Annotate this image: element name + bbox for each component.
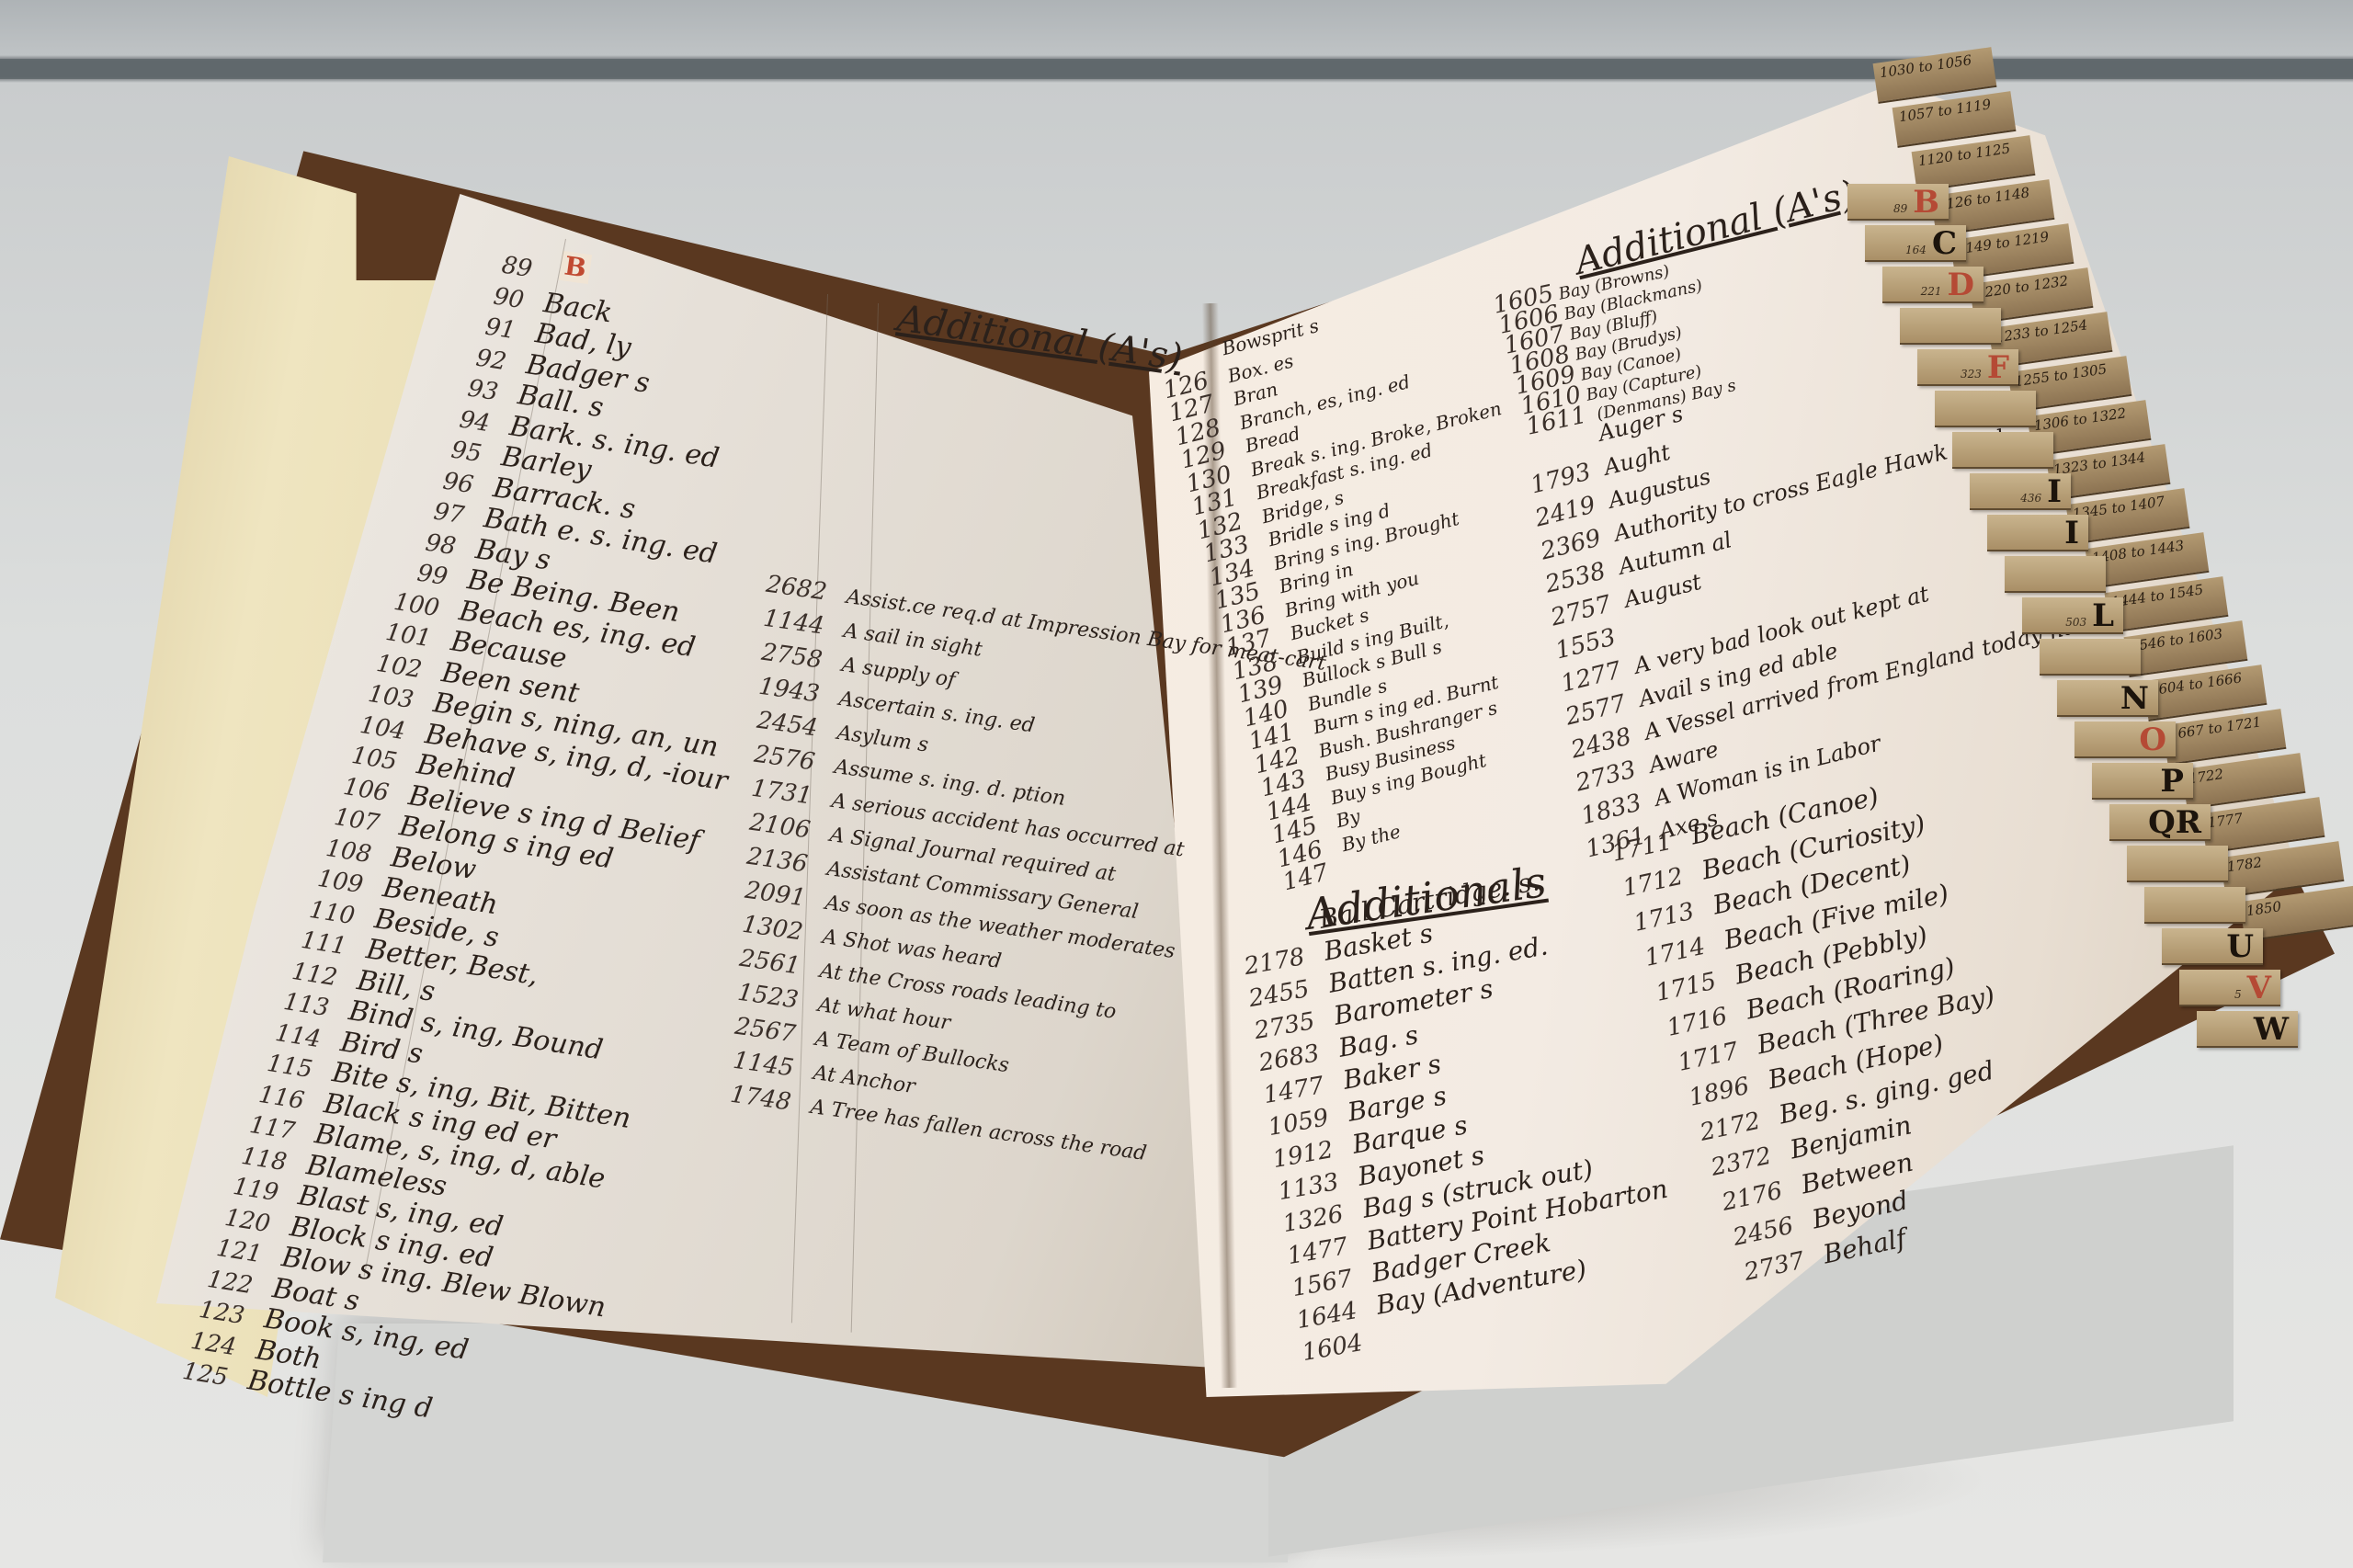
thumb-index-letter-tab[interactable]: 436I: [1970, 473, 2071, 510]
tab-letter: F: [1987, 349, 2009, 386]
thumb-index-letter-tab[interactable]: U: [2162, 928, 2263, 965]
tab-page-number: 323: [1961, 368, 1982, 381]
tab-letter: W: [2254, 1011, 2289, 1048]
thumb-index-letter-tab[interactable]: N: [2057, 680, 2158, 717]
tab-letter: QR: [2148, 804, 2201, 841]
thumb-index-letter-tab[interactable]: I: [1987, 515, 2088, 551]
tab-letter: V: [2247, 970, 2271, 1006]
thumb-index-letter-tab[interactable]: [2040, 639, 2141, 676]
thumb-index-letter-tab[interactable]: [2127, 846, 2228, 882]
thumb-index: 18501782177717221667 to 17211604 to 1666…: [1847, 55, 2325, 1158]
thumb-index-letter-tab[interactable]: W: [2197, 1011, 2298, 1048]
thumb-index-letter-tab[interactable]: O: [2075, 722, 2176, 758]
thumb-index-letter-tab[interactable]: [1952, 432, 2053, 469]
tab-letter: C: [1932, 225, 1957, 262]
section-letter-label: B: [559, 251, 592, 284]
thumb-index-letter-tab[interactable]: [1935, 391, 2036, 427]
tab-page-number: 164: [1905, 244, 1927, 256]
thumb-index-letter-tab[interactable]: 323F: [1917, 349, 2018, 386]
thumb-index-letter-tab[interactable]: 5V: [2179, 970, 2280, 1006]
tab-letter: N: [2120, 680, 2149, 717]
tab-page-number: 503: [2065, 616, 2086, 629]
tab-letter: B: [1913, 184, 1939, 221]
thumb-index-letter-tab[interactable]: [2144, 887, 2245, 924]
tab-page-number: 221: [1921, 285, 1942, 298]
entry-code-number: 125: [153, 1353, 230, 1392]
tab-letter: O: [2139, 722, 2166, 758]
tab-letter: D: [1948, 267, 1974, 303]
tab-letter: L: [2092, 597, 2114, 634]
tab-letter: I: [2047, 473, 2062, 510]
tab-letter: U: [2226, 928, 2254, 965]
tab-page-number: 5: [2234, 988, 2242, 1001]
thumb-index-letter-tab[interactable]: 89B: [1847, 184, 1949, 221]
thumb-index-letter-tab[interactable]: 503L: [2022, 597, 2123, 634]
thumb-index-letter-tab[interactable]: P: [2092, 763, 2193, 800]
tab-page-number: 436: [2020, 492, 2041, 505]
thumb-index-letter-tab[interactable]: 164C: [1865, 225, 1966, 262]
thumb-index-letter-tab[interactable]: QR: [2109, 804, 2211, 841]
tab-letter: I: [2064, 515, 2079, 551]
thumb-index-letter-tab[interactable]: [2005, 556, 2106, 593]
thumb-index-letter-tab[interactable]: [1900, 308, 2001, 345]
tab-page-number: 89: [1893, 202, 1907, 215]
thumb-index-letter-tab[interactable]: 221D: [1882, 267, 1984, 303]
tab-letter: P: [2160, 763, 2184, 800]
